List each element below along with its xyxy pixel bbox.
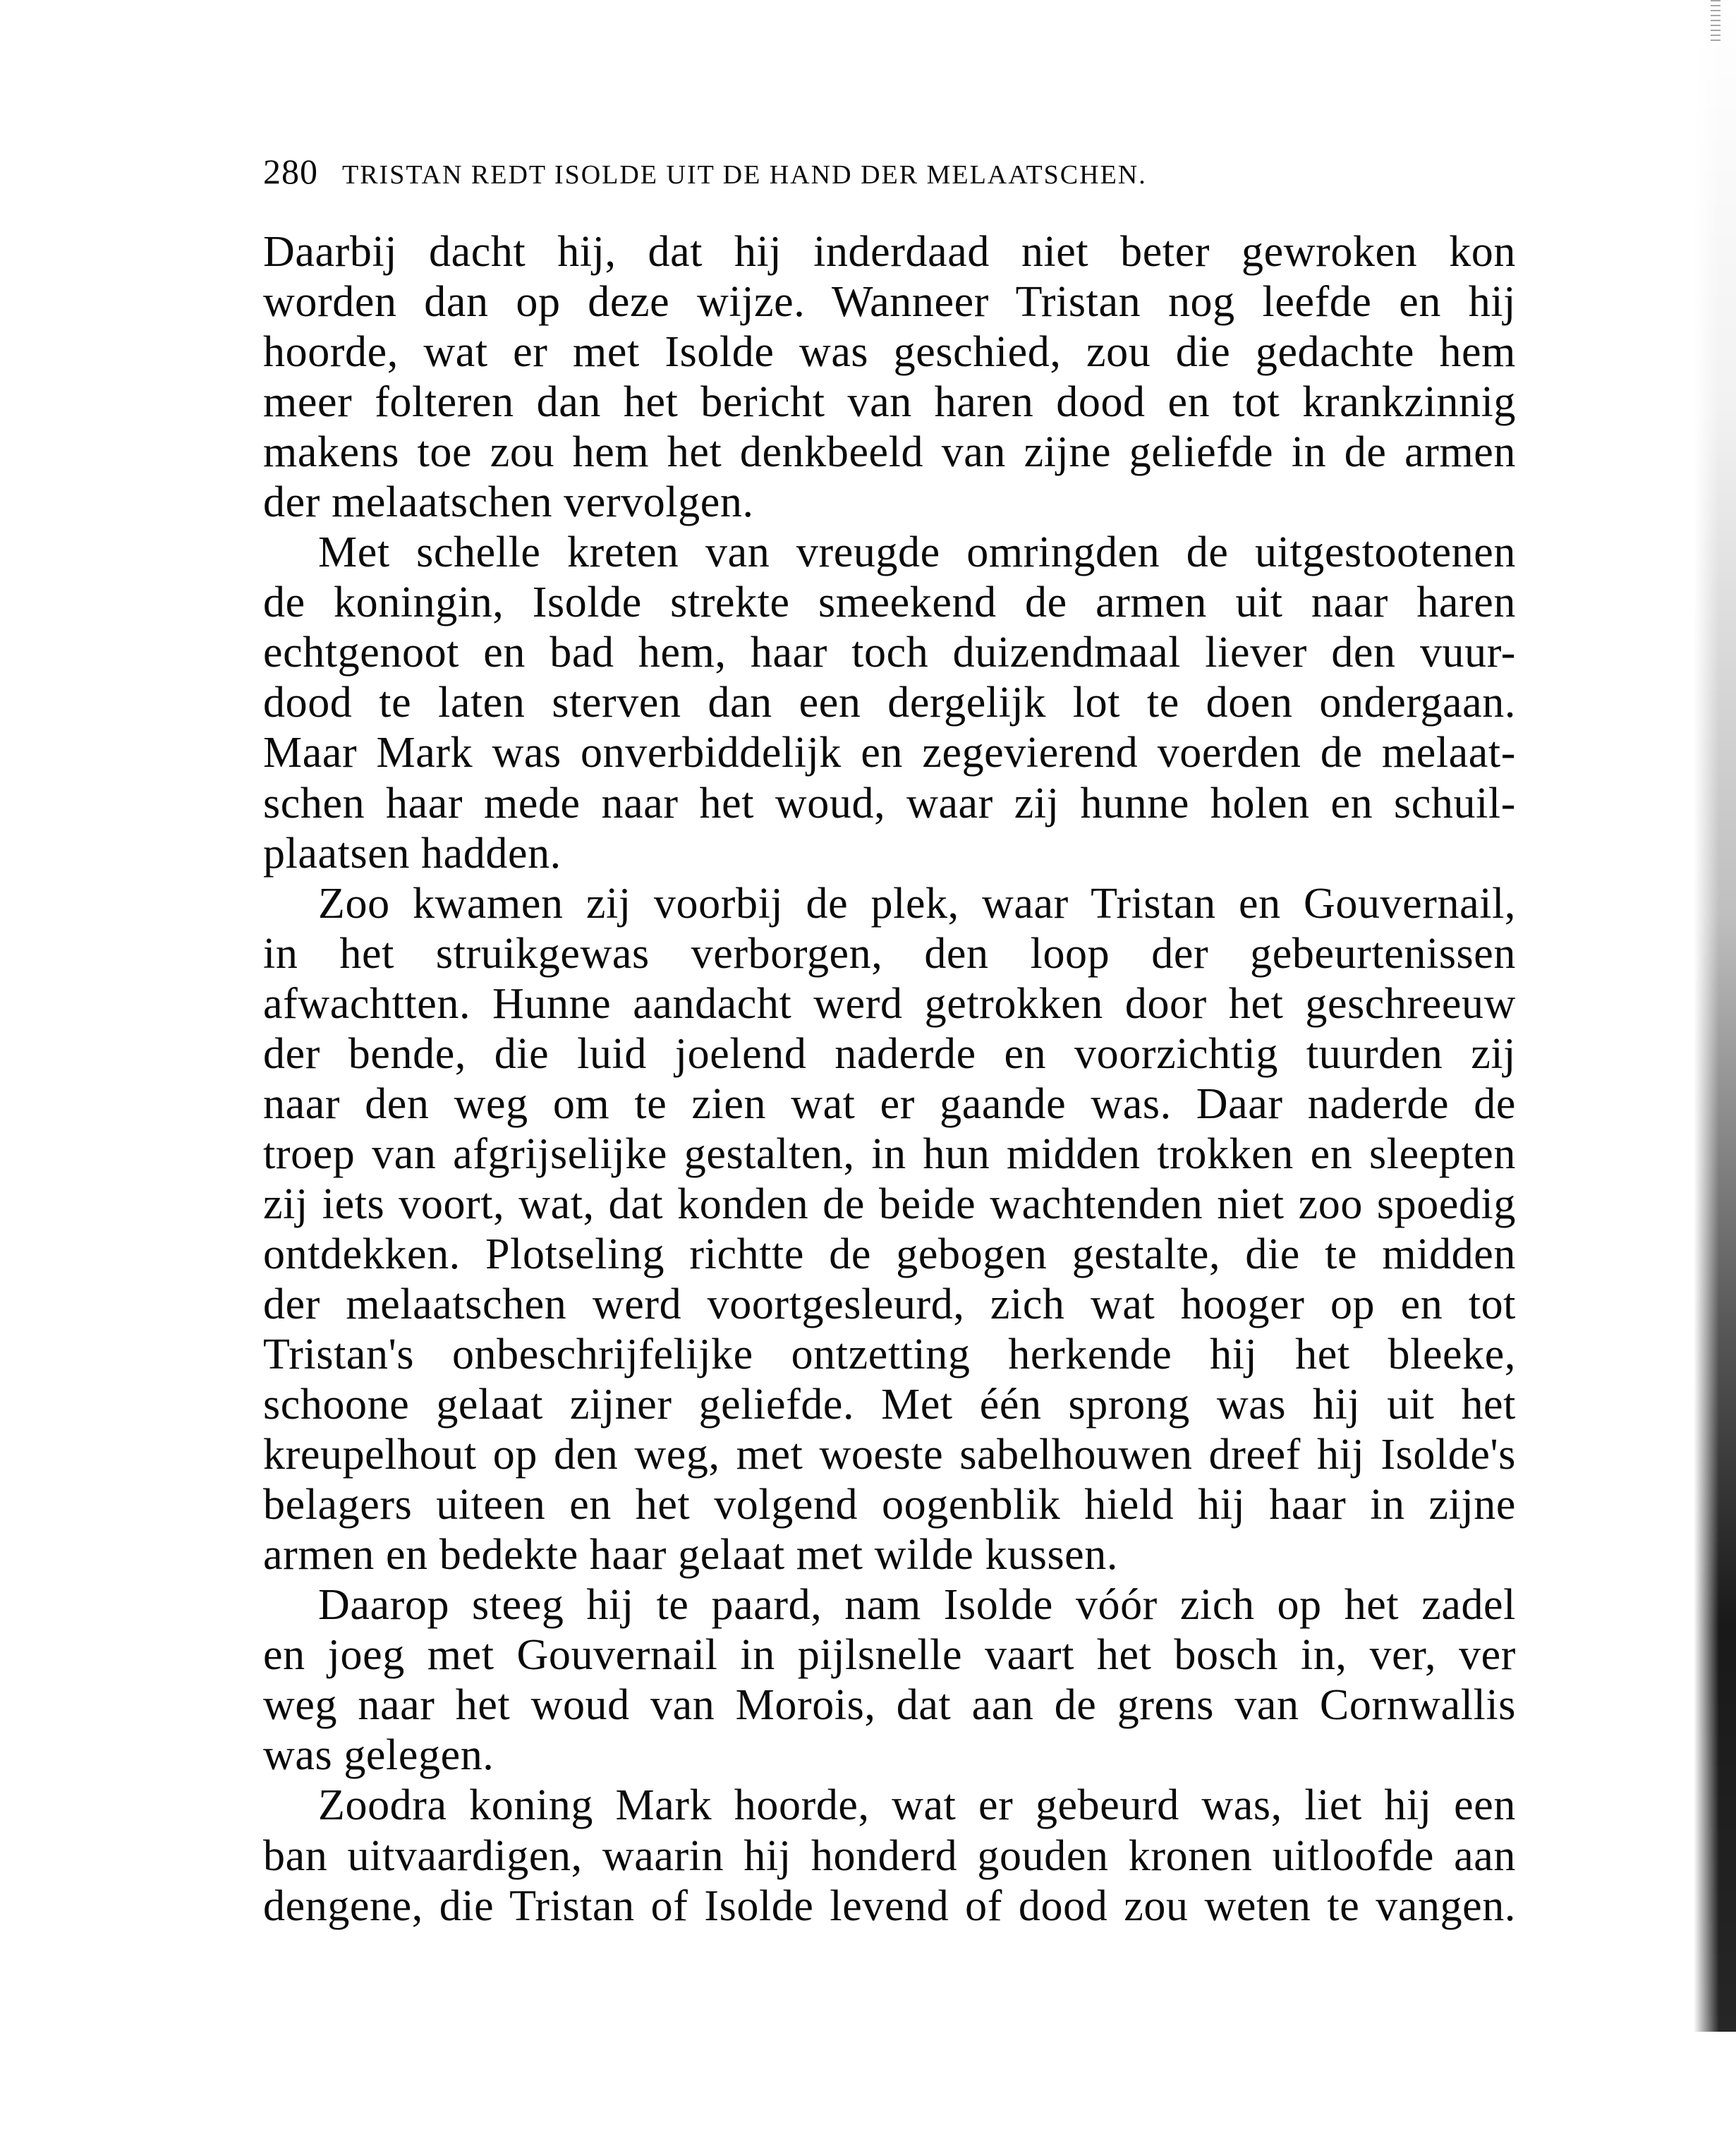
text-line: ontdekken. Plotseling richtte de gebogen… bbox=[263, 1230, 1516, 1280]
text-line: Daarop steeg hij te paard, nam Isolde vó… bbox=[263, 1580, 1516, 1630]
text-line: troep van afgrijselijke gestalten, in hu… bbox=[263, 1129, 1516, 1180]
page-number: 280 bbox=[263, 152, 318, 191]
text-line: schoone gelaat zijner geliefde. Met één … bbox=[263, 1380, 1516, 1430]
paragraph: Zoodra koning Mark hoorde, wat er gebeur… bbox=[263, 1781, 1516, 1931]
paragraph: Daarbij dacht hij, dat hij inderdaad nie… bbox=[263, 227, 1516, 528]
text-line: Tristan's onbeschrijfelijke ontzetting h… bbox=[263, 1330, 1516, 1380]
text-line: plaatsen hadden. bbox=[263, 829, 1516, 879]
chapter-title: TRISTAN REDT ISOLDE UIT DE HAND DER MELA… bbox=[342, 160, 1147, 190]
text-line: in het struikgewas verborgen, den loop d… bbox=[263, 929, 1516, 979]
text-line: kreupelhout op den weg, met woeste sabel… bbox=[263, 1430, 1516, 1480]
text-line: Met schelle kreten van vreugde omringden… bbox=[263, 528, 1516, 578]
text-line: dengene, die Tristan of Isolde levend of… bbox=[263, 1881, 1516, 1932]
text-line: der melaatschen vervolgen. bbox=[263, 478, 1516, 528]
scan-shadow-edge bbox=[1694, 0, 1736, 2032]
text-line: naar den weg om te zien wat er gaande wa… bbox=[263, 1079, 1516, 1129]
text-line: der bende, die luid joelend naderde en v… bbox=[263, 1029, 1516, 1079]
book-page: 280 TRISTAN REDT ISOLDE UIT DE HAND DER … bbox=[0, 0, 1736, 2134]
running-header: 280 TRISTAN REDT ISOLDE UIT DE HAND DER … bbox=[263, 150, 1519, 196]
text-line: echtgenoot en bad hem, haar toch duizend… bbox=[263, 628, 1516, 678]
text-line: belagers uiteen en het volgend oogenblik… bbox=[263, 1480, 1516, 1530]
text-line: Daarbij dacht hij, dat hij inderdaad nie… bbox=[263, 227, 1516, 277]
body-text: Daarbij dacht hij, dat hij inderdaad nie… bbox=[263, 227, 1516, 1932]
text-line: afwachtten. Hunne aandacht werd getrokke… bbox=[263, 979, 1516, 1029]
text-line: worden dan op deze wijze. Wanneer Trista… bbox=[263, 277, 1516, 327]
text-line: Zoodra koning Mark hoorde, wat er gebeur… bbox=[263, 1781, 1516, 1831]
text-line: was gelegen. bbox=[263, 1730, 1516, 1781]
text-line: der melaatschen werd voortgesleurd, zich… bbox=[263, 1280, 1516, 1330]
paragraph: Daarop steeg hij te paard, nam Isolde vó… bbox=[263, 1580, 1516, 1781]
paragraph: Met schelle kreten van vreugde omringden… bbox=[263, 528, 1516, 878]
text-line: Maar Mark was onverbiddelijk en zegevier… bbox=[263, 728, 1516, 778]
text-line: weg naar het woud van Morois, dat aan de… bbox=[263, 1680, 1516, 1730]
text-line: en joeg met Gouvernail in pijlsnelle vaa… bbox=[263, 1630, 1516, 1680]
text-line: dood te laten sterven dan een dergelijk … bbox=[263, 678, 1516, 728]
text-line: schen haar mede naar het woud, waar zij … bbox=[263, 779, 1516, 829]
text-line: hoorde, wat er met Isolde was geschied, … bbox=[263, 327, 1516, 377]
text-line: ban uitvaardigen, waarin hij honderd gou… bbox=[263, 1831, 1516, 1881]
text-line: makens toe zou hem het denkbeeld van zij… bbox=[263, 428, 1516, 478]
text-line: de koningin, Isolde strekte smeekend de … bbox=[263, 578, 1516, 628]
text-line: armen en bedekte haar gelaat met wilde k… bbox=[263, 1530, 1516, 1580]
text-line: Zoo kwamen zij voorbij de plek, waar Tri… bbox=[263, 879, 1516, 929]
text-line: meer folteren dan het bericht van haren … bbox=[263, 377, 1516, 428]
text-line: zij iets voort, wat, dat konden de beide… bbox=[263, 1180, 1516, 1230]
scan-noise-top bbox=[1711, 0, 1720, 42]
paragraph: Zoo kwamen zij voorbij de plek, waar Tri… bbox=[263, 879, 1516, 1581]
